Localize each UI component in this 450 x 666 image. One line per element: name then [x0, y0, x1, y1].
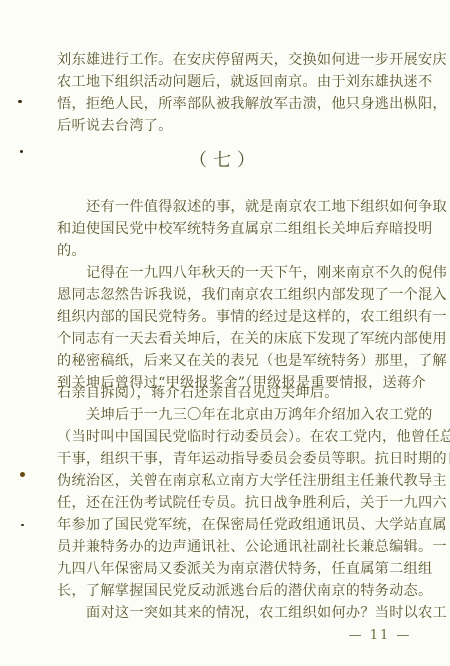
text-line: 悟，拒绝人民，所率部队被我解放军击溃，他只身逃出枞阳，	[57, 93, 411, 115]
text-line: 石亲自拆阅），蒋介石还亲自召见过关坤后。	[57, 382, 411, 404]
text-line: 农工地下组织活动问题后，就返回南京。由于刘东雄执迷不	[57, 71, 411, 93]
text-line: 和迫使国民党中校军统特务直属京二组组长关坤后弃暗投明	[57, 218, 411, 240]
text-line: 后听说去台湾了。	[57, 115, 411, 137]
section-heading: （七）	[0, 146, 450, 172]
ink-speck	[18, 100, 22, 103]
text-line: 还有一件值得叙述的事，就是南京农工地下组织如何争取	[86, 196, 411, 218]
ink-speck	[20, 472, 25, 477]
text-line: 的秘密稿纸，后来又在关的表兄（也是军统特务）那里，了解	[57, 350, 411, 372]
text-line: 个同志有一天去看关坤后，在关的床底下发现了军统内部使用	[57, 328, 411, 350]
text-line: 恩同志忽然告诉我说，我们南京农工组织内部发现了一个混入	[57, 284, 411, 306]
text-line: 的。	[57, 240, 411, 262]
text-line: 员并兼特务办的边声通讯社、公论通讯社副社长兼总编辑。一	[57, 536, 411, 558]
text-line: 关坤后于一九三〇年在北京由万鸿年介绍加入农工党的	[86, 404, 411, 426]
ink-speck	[21, 524, 24, 526]
text-line: 干事，组织干事，青年运动指导委员会委员等职。抗日时期的日	[57, 448, 411, 470]
text-line: 组织内部的国民党特务。事情的经过是这样的，农工组织有一	[57, 306, 411, 328]
text-line: （当时叫中国国民党临时行动委员会）。在农工党内，他曾任总务	[57, 426, 411, 448]
text-line: 长，了解掌握国民党反动派逃台后的潜伏南京的特务动态。	[57, 580, 411, 602]
text-line: 九四八年保密局又委派关为南京潜伏特务，任直属第二组组	[57, 558, 411, 580]
page-number: — 11 —	[345, 628, 415, 643]
text-line: 伪统治区，关曾在南京私立南方大学任注册组主任兼代教导主	[57, 470, 411, 492]
text-line: 记得在一九四八年秋天的一天下午，刚来南京不久的倪伟	[86, 262, 411, 284]
text-line: 面对这一突如其来的情况，农工组织如何办？当时以农工	[86, 602, 411, 624]
text-line: 刘东雄进行工作。在安庆停留两天，交换如何进一步开展安庆	[57, 49, 411, 71]
text-line: 年参加了国民党军统，在保密局任党政组通讯员、大学站直属	[57, 514, 411, 536]
document-page: 刘东雄进行工作。在安庆停留两天，交换如何进一步开展安庆 农工地下组织活动问题后，…	[0, 0, 450, 666]
text-line: 任，还在汪伪考试院任专员。抗日战争胜利后，关于一九四六	[57, 492, 411, 514]
